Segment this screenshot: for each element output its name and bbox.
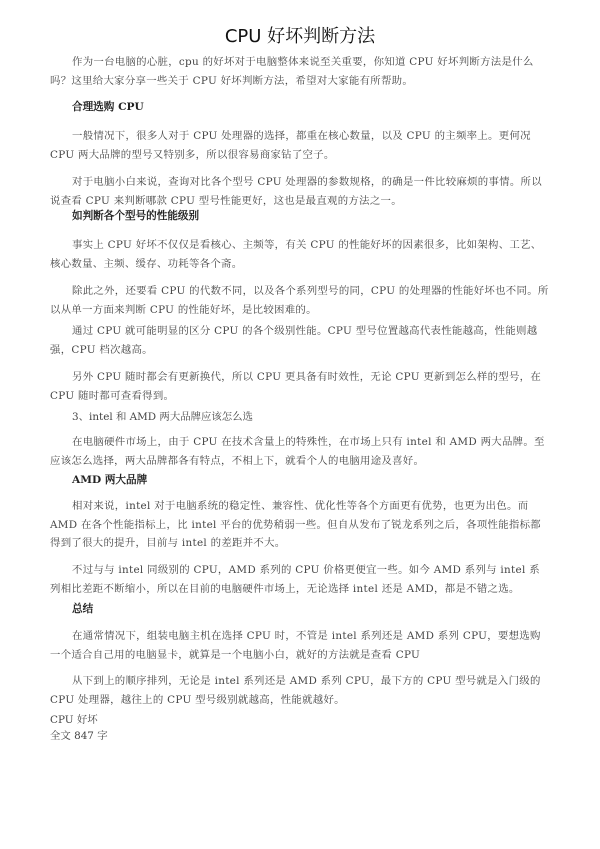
paragraph: 对于电脑小白来说，查询对比各个型号 CPU 处理器的参数规格，的确是一件比较麻烦…	[50, 173, 550, 210]
word-count: 全文 847 字	[50, 728, 108, 744]
footer-tag: CPU 好坏	[50, 712, 108, 728]
section-heading: 如判断各个型号的性能级别	[72, 208, 199, 223]
section-heading: AMD 两大品牌	[72, 472, 147, 487]
paragraph: 从下到上的顺序排列，无论是 intel 系列还是 AMD 系列 CPU，最下方的…	[50, 672, 550, 709]
paragraph: 除此之外，还要看 CPU 的代数不同，以及各个系列型号的同，CPU 的处理器的性…	[50, 282, 550, 319]
section-heading: 合理选购 CPU	[72, 99, 144, 114]
paragraph: 事实上 CPU 好坏不仅仅是看核心、主频等，有关 CPU 的性能好坏的因素很多，…	[50, 236, 550, 273]
paragraph: 一般情况下，很多人对于 CPU 处理器的选择，都重在核心数量，以及 CPU 的主…	[50, 127, 550, 164]
document-footer: CPU 好坏 全文 847 字	[50, 712, 108, 744]
paragraph: 通过 CPU 就可能明显的区分 CPU 的各个级别性能。CPU 型号位置越高代表…	[50, 322, 550, 359]
section-heading: 总结	[72, 601, 93, 616]
intro-paragraph: 作为一台电脑的心脏，cpu 的好坏对于电脑整体来说至关重要，你知道 CPU 好坏…	[50, 53, 550, 90]
paragraph: 不过与与 intel 同级别的 CPU，AMD 系列的 CPU 价格更便宜一些。…	[50, 561, 550, 598]
numbered-item: 3、intel 和 AMD 两大品牌应该怎么选	[72, 408, 253, 423]
paragraph: 在通常情况下，组装电脑主机在选择 CPU 时，不管是 intel 系列还是 AM…	[50, 627, 550, 664]
paragraph: 另外 CPU 随时都会有更新换代，所以 CPU 更具备有时效性，无论 CPU 更…	[50, 368, 550, 405]
paragraph: 相对来说，intel 对于电脑系统的稳定性、兼容性、优化性等各个方面更有优势，也…	[50, 497, 550, 553]
document-title: CPU 好坏判断方法	[0, 22, 600, 48]
paragraph: 在电脑硬件市场上，由于 CPU 在技术含量上的特殊性，在市场上只有 intel …	[50, 433, 550, 470]
